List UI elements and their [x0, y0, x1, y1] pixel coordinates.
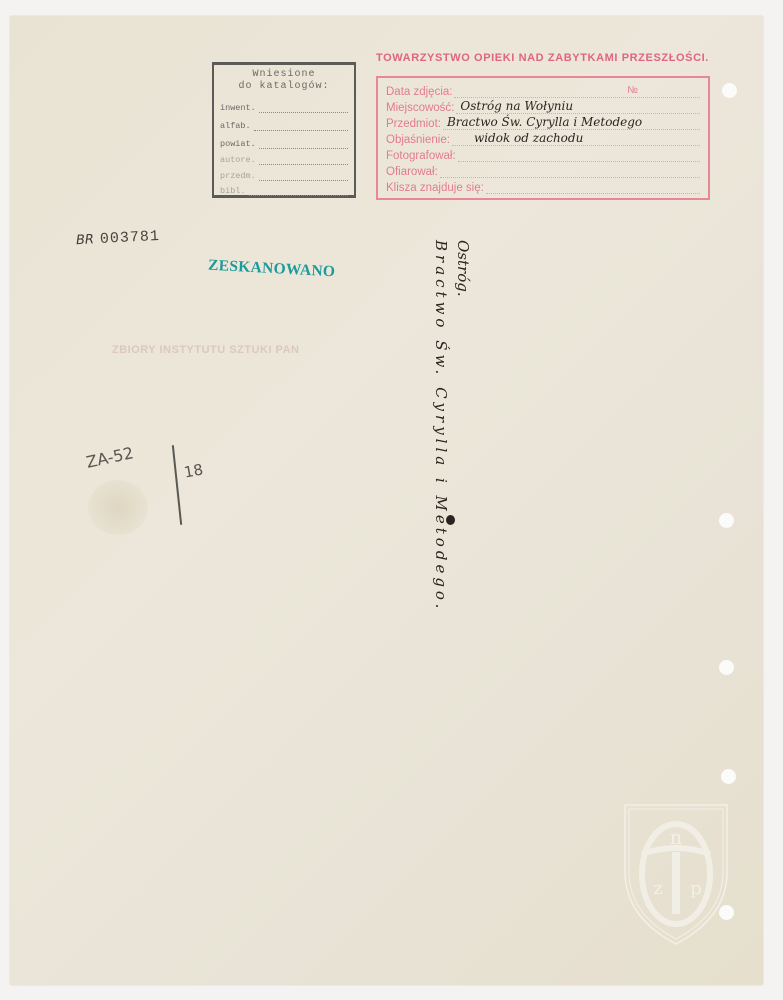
catalog-row: autore.	[220, 155, 348, 165]
field-donor: Ofiarował:	[386, 163, 700, 178]
catalog-row: inwent.	[220, 103, 348, 113]
punch-hole	[719, 513, 734, 528]
punch-hole	[722, 83, 737, 98]
punch-hole	[721, 769, 736, 784]
catalog-row: alfab.	[220, 121, 348, 131]
field-label: Data zdjęcia:	[386, 86, 452, 98]
collection-stamp: ZBIORY INSTYTUTU SZTUKI PAN	[112, 344, 299, 356]
field-label: Przedmiot:	[386, 118, 441, 130]
catalog-row: przedm.	[220, 171, 348, 181]
society-stamp-header: TOWARZYSTWO OPIEKI NAD ZABYTKAMI PRZESZŁ…	[376, 52, 716, 64]
society-stamp: Data zdjęcia: № Miejscowość: Ostróg na W…	[376, 76, 710, 200]
field-subject: Przedmiot: Bractwo Św. Cyrylla i Metodeg…	[386, 115, 700, 130]
inventory-digits: 003781	[100, 228, 161, 248]
ink-blot	[446, 515, 455, 525]
note-line-2: Bractwo Św. Cyrylla i Metodego.	[432, 240, 450, 612]
field-value: widok od zachodu	[474, 131, 583, 145]
field-value: Bractwo Św. Cyrylla i Metodego	[447, 115, 642, 129]
catalog-row: powiat.	[220, 139, 348, 149]
shelf-mark-number: 18	[183, 460, 205, 481]
shield-monogram-icon: n z p	[622, 802, 730, 947]
field-label: Fotografował:	[386, 150, 456, 162]
catalog-row: bibl.	[220, 186, 348, 196]
field-value: Ostróg na Wołyniu	[460, 99, 573, 113]
svg-text:p: p	[690, 878, 702, 899]
field-photographer: Fotografował:	[386, 147, 700, 162]
catalog-row-label: alfab.	[220, 121, 251, 131]
catalog-row-label: bibl.	[220, 186, 246, 196]
punch-hole	[719, 660, 734, 675]
svg-text:z: z	[653, 878, 662, 899]
field-label: Klisza znajduje się:	[386, 182, 484, 194]
catalog-stamp-title: Wniesione do katalogów:	[214, 69, 354, 93]
catalog-title-line1: Wniesione	[214, 69, 354, 81]
catalog-row-label: autore.	[220, 155, 256, 165]
catalog-row-label: przedm.	[220, 171, 256, 181]
catalog-stamp: Wniesione do katalogów: inwent. alfab. p…	[212, 62, 356, 198]
field-location: Miejscowość: Ostróg na Wołyniu	[386, 99, 700, 114]
number-label: №	[627, 85, 638, 96]
field-label: Objaśnienie:	[386, 134, 450, 146]
paper-stain	[88, 480, 148, 535]
catalog-row-label: inwent.	[220, 103, 256, 113]
catalog-title-line2: do katalogów:	[214, 81, 354, 93]
field-description: Objaśnienie: widok od zachodu	[386, 131, 700, 146]
note-line-1: Ostróg.	[454, 240, 472, 297]
field-negative-location: Klisza znajduje się:	[386, 179, 700, 194]
inventory-prefix: BR	[76, 232, 95, 248]
catalog-row-label: powiat.	[220, 139, 256, 149]
field-label: Miejscowość:	[386, 102, 454, 114]
svg-text:n: n	[670, 825, 683, 849]
field-label: Ofiarował:	[386, 166, 438, 178]
field-photo-date: Data zdjęcia: №	[386, 83, 700, 98]
